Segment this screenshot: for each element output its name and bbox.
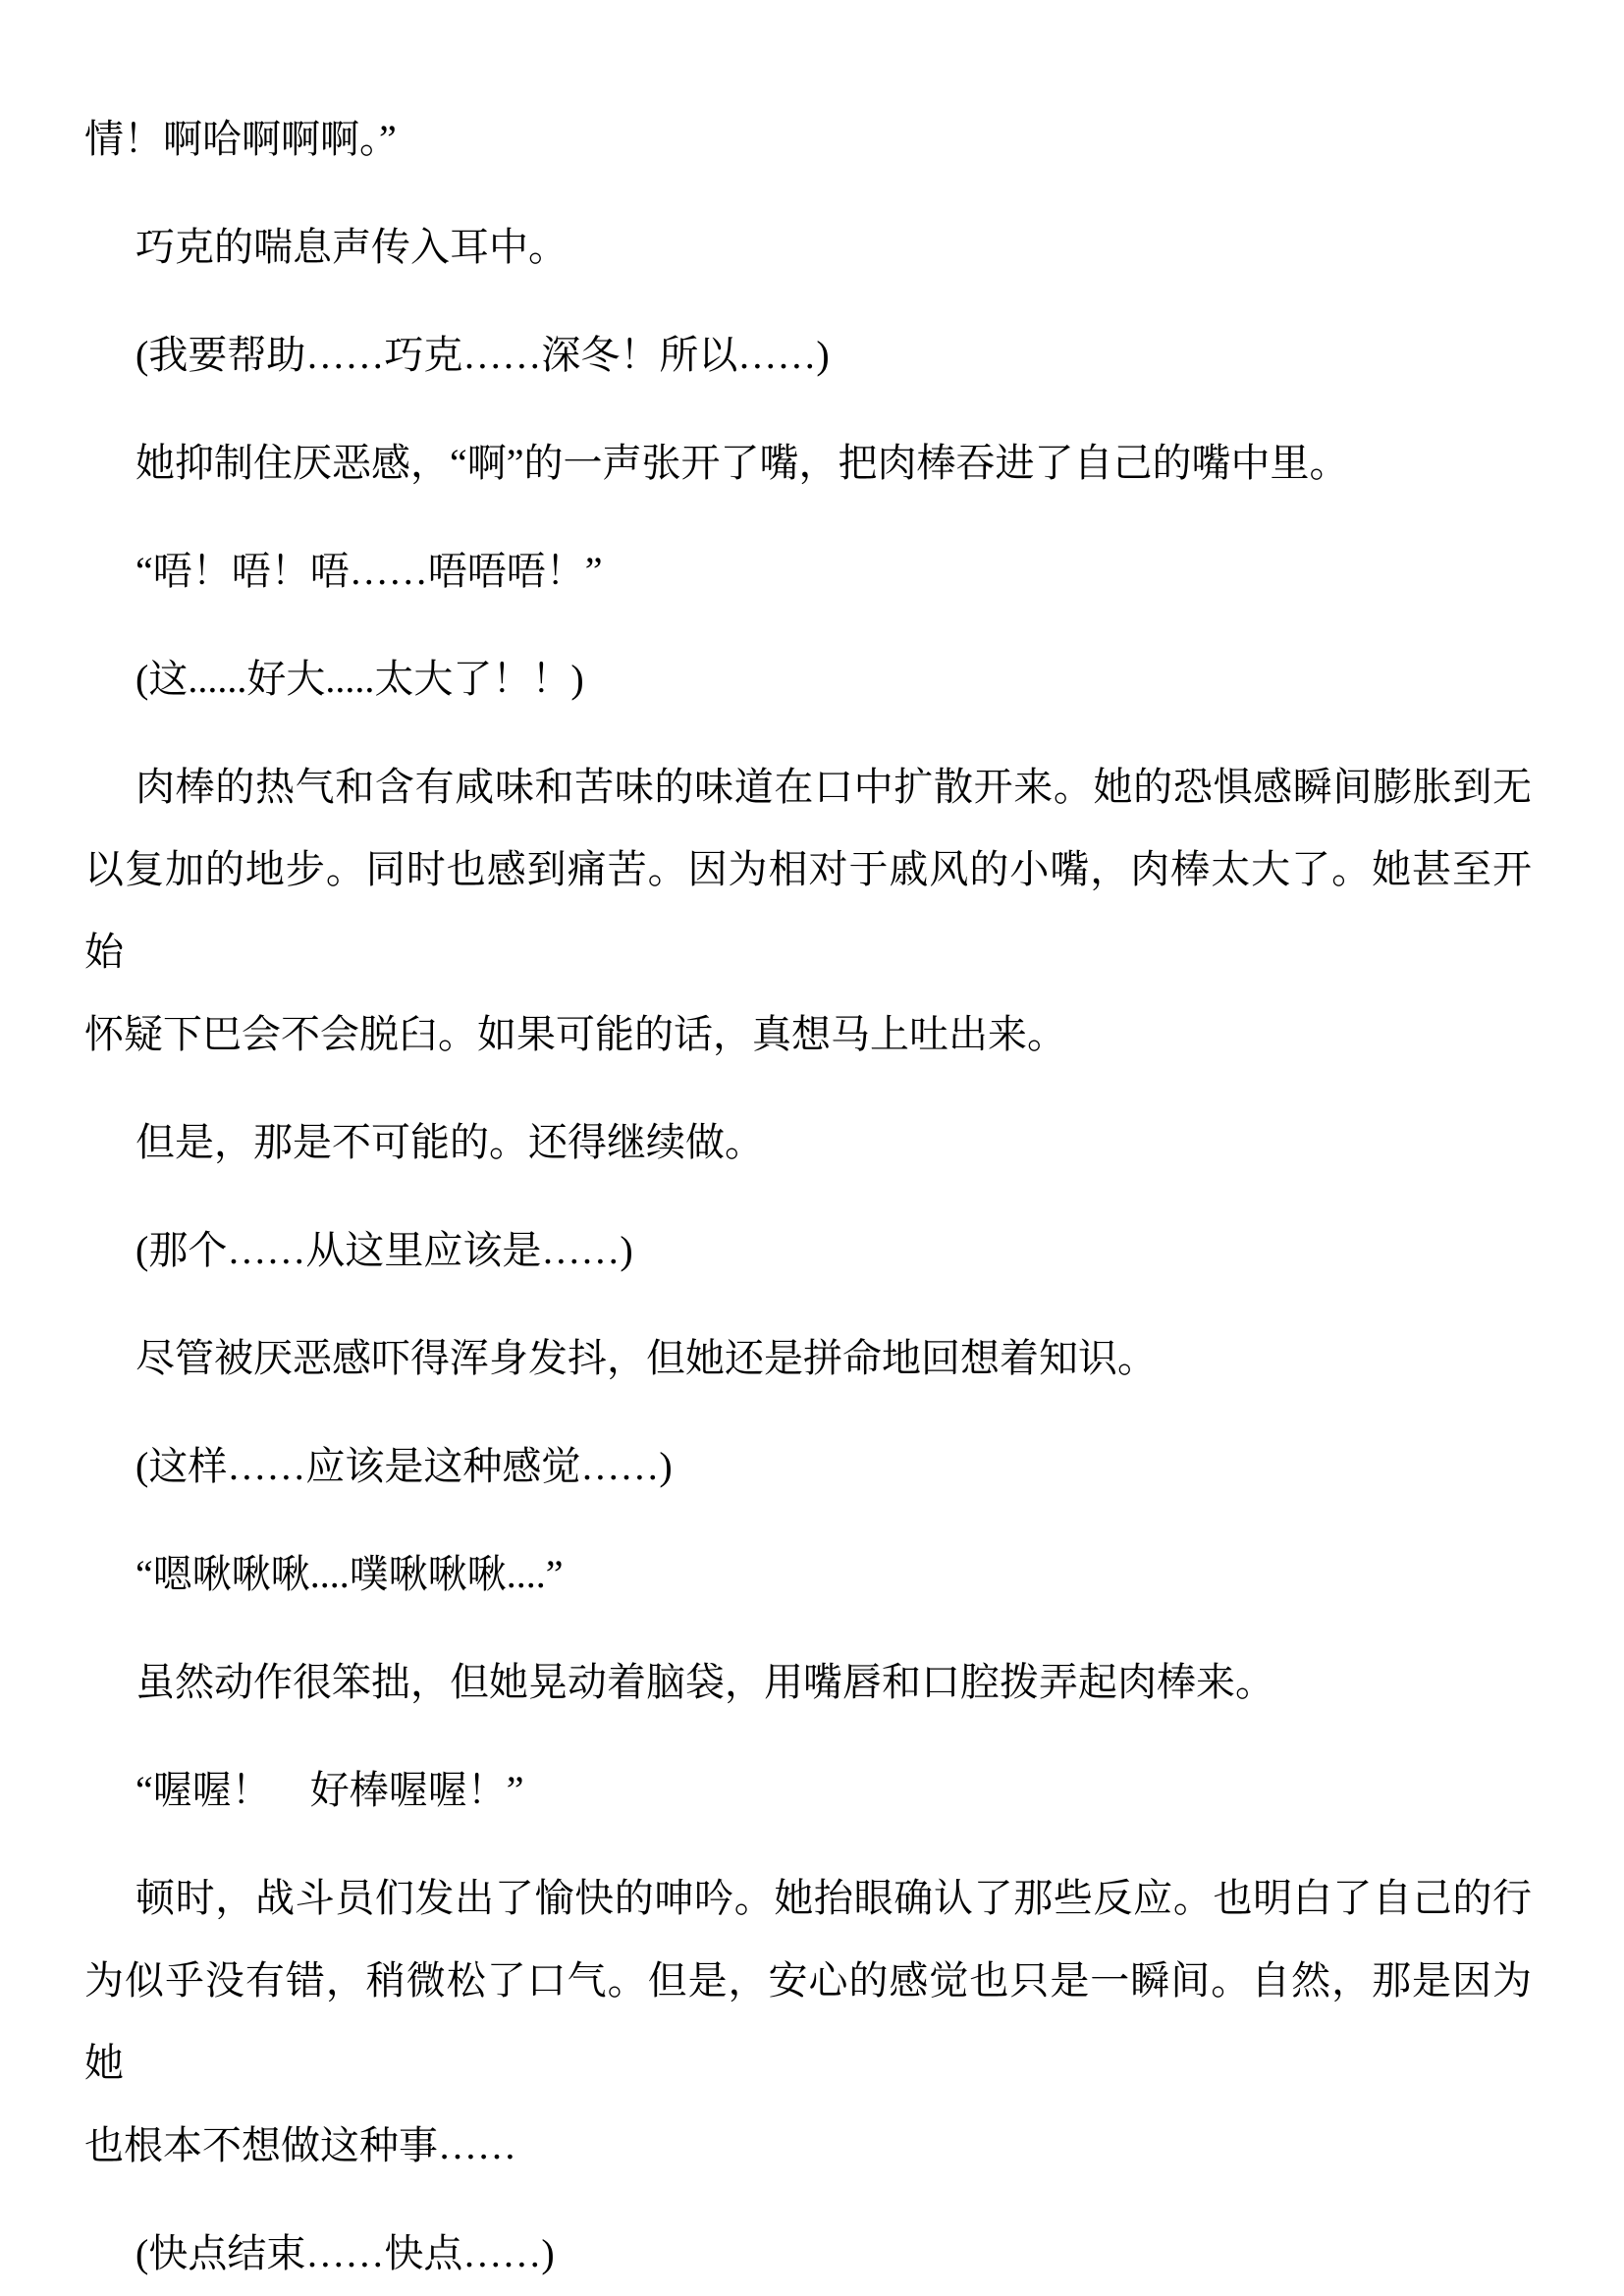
paragraph: 但是，那是不可能的。还得继续做。: [84, 1101, 1532, 1184]
paragraph-line: 顿时，战斗员们发出了愉快的呻吟。她抬眼确认了那些反应。也明白了自己的行: [84, 1857, 1532, 1940]
paragraph: (这样……应该是这种感觉……): [84, 1425, 1532, 1508]
paragraph: (快点结束……快点……): [84, 2213, 1532, 2295]
paragraph: (那个……从这里应该是……): [84, 1209, 1532, 1292]
paragraph: 顿时，战斗员们发出了愉快的呻吟。她抬眼确认了那些反应。也明白了自己的行 为似乎没…: [84, 1857, 1532, 2187]
paragraph-line: 为似乎没有错，稍微松了口气。但是，安心的感觉也只是一瞬间。自然，那是因为她: [84, 1940, 1532, 2105]
paragraph: “嗯啾啾啾....噗啾啾啾....”: [84, 1533, 1532, 1616]
paragraph-line: 肉棒的热气和含有咸味和苦味的味道在口中扩散开来。她的恐惧感瞬间膨胀到无: [84, 746, 1532, 828]
document-page: 情！啊哈啊啊啊。” 巧克的喘息声传入耳中。 (我要帮助……巧克……深冬！所以………: [0, 0, 1624, 2296]
paragraph: 虽然动作很笨拙，但她晃动着脑袋，用嘴唇和口腔拨弄起肉棒来。: [84, 1641, 1532, 1724]
paragraph: (我要帮助……巧克……深冬！所以……): [84, 314, 1532, 397]
paragraph: 巧克的喘息声传入耳中。: [84, 206, 1532, 289]
paragraph: 肉棒的热气和含有咸味和苦味的味道在口中扩散开来。她的恐惧感瞬间膨胀到无 以复加的…: [84, 746, 1532, 1076]
paragraph: 情！啊哈啊啊啊。”: [84, 98, 1532, 181]
paragraph: (这......好大.....太大了！！): [84, 638, 1532, 721]
paragraph: 她抑制住厌恶感，“啊”的一声张开了嘴，把肉棒吞进了自己的嘴中里。: [84, 422, 1532, 505]
paragraph: “唔！唔！唔……唔唔唔！”: [84, 530, 1532, 613]
paragraph: 尽管被厌恶感吓得浑身发抖，但她还是拼命地回想着知识。: [84, 1317, 1532, 1400]
paragraph-line: 也根本不想做这种事……: [84, 2105, 1532, 2187]
paragraph-line: 怀疑下巴会不会脱臼。如果可能的话，真想马上吐出来。: [84, 993, 1532, 1076]
paragraph: “喔喔！ 好棒喔喔！”: [84, 1749, 1532, 1832]
paragraph-line: 以复加的地步。同时也感到痛苦。因为相对于戚风的小嘴，肉棒太大了。她甚至开始: [84, 828, 1532, 993]
